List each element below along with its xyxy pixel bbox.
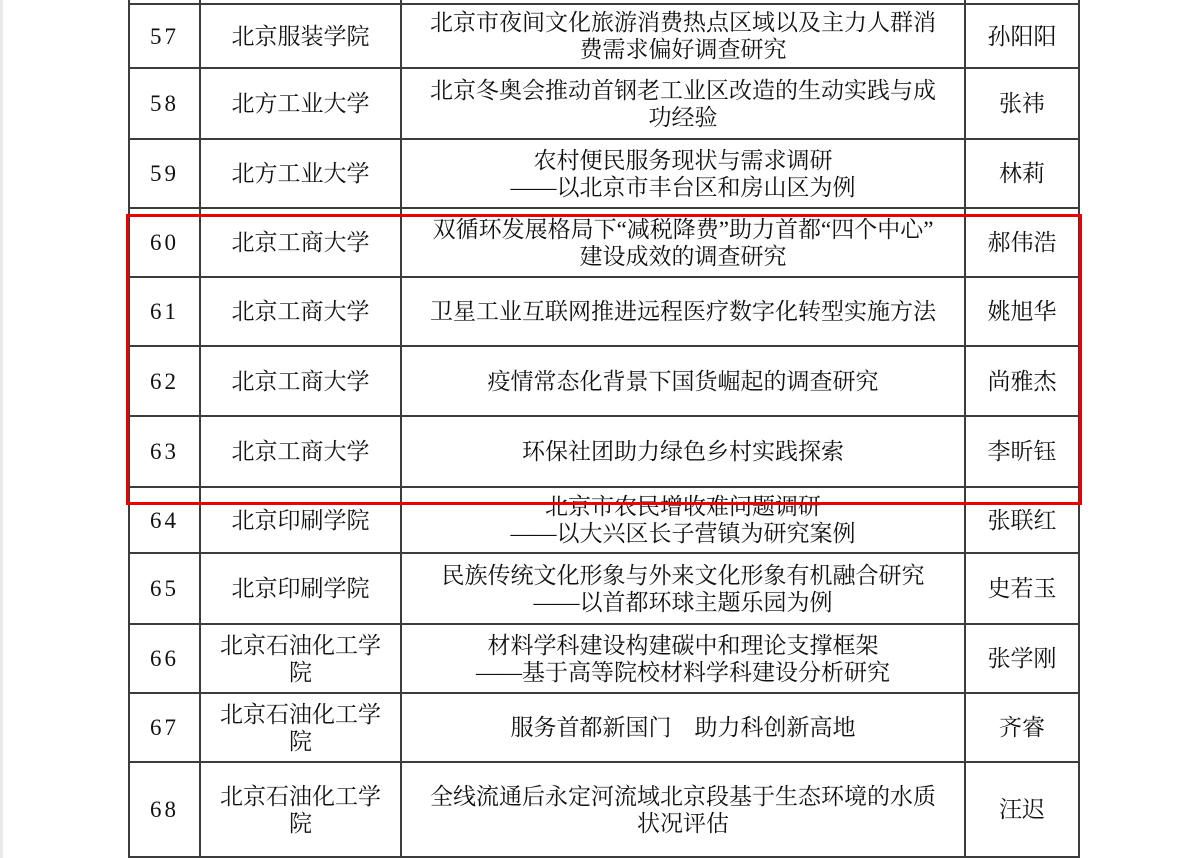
name-cell: 张学刚 [965,624,1079,693]
title-cell: 服务首都新国门 助力科创新高地 [401,693,965,762]
title-cell-line: 材料学科建设构建碳中和理论支撑框架 [402,632,964,659]
row-number-cell: 60 [129,208,200,277]
row-number-cell: 62 [129,346,200,416]
title-cell: 卫星工业互联网推进远程医疗数字化转型实施方法 [401,277,965,346]
title-cell-line: 全线流通后永定河流域北京段基于生态环境的水质 [402,783,964,810]
row-number-cell: 64 [129,487,200,553]
school-cell: 北京石油化工学院 [200,624,401,693]
name-cell-line: 姚旭华 [966,298,1078,325]
name-cell: 李昕钰 [965,416,1079,487]
school-cell: 北京服装学院 [200,4,401,68]
name-cell: 史若玉 [965,553,1079,624]
school-cell-line: 北京石油化工学 [201,701,400,728]
table-row: 67北京石油化工学院服务首都新国门 助力科创新高地齐睿 [129,693,1079,762]
name-cell-line: 郝伟浩 [966,229,1078,256]
row-number-cell-line: 57 [130,23,199,50]
name-cell: 张联红 [965,487,1079,553]
name-cell-line: 孙阳阳 [966,23,1078,50]
table-row: 60北京工商大学双循环发展格局下“减税降费”助力首都“四个中心”建设成效的调查研… [129,208,1079,277]
table-row: 68北京石油化工学院全线流通后永定河流域北京段基于生态环境的水质状况评估汪迟 [129,762,1079,857]
title-cell-line: 民族传统文化形象与外来文化形象有机融合研究 [402,562,964,589]
title-cell: 环保社团助力绿色乡村实践探索 [401,416,965,487]
row-number-cell-line: 61 [130,298,199,325]
name-cell-line: 李昕钰 [966,438,1078,465]
title-cell-line: 服务首都新国门 助力科创新高地 [402,714,964,741]
title-cell-line: 状况评估 [402,810,964,837]
row-number-cell-line: 59 [130,160,199,187]
name-cell: 张祎 [965,68,1079,139]
school-cell-line: 北京印刷学院 [201,507,400,534]
school-cell-line: 院 [201,659,400,686]
row-number-cell: 65 [129,553,200,624]
table-row: 61北京工商大学卫星工业互联网推进远程医疗数字化转型实施方法姚旭华 [129,277,1079,346]
name-cell: 姚旭华 [965,277,1079,346]
row-number-cell-line: 62 [130,368,199,395]
title-cell-line: ——基于高等院校材料学科建设分析研究 [402,659,964,686]
row-number-cell-line: 68 [130,796,199,823]
table-row: 63北京工商大学环保社团助力绿色乡村实践探索李昕钰 [129,416,1079,487]
title-cell-line: 双循环发展格局下“减税降费”助力首都“四个中心” [402,216,964,243]
title-cell: 北京市农民增收难问题调研——以大兴区长子营镇为研究案例 [401,487,965,553]
name-cell: 汪迟 [965,762,1079,857]
title-cell-line: 建设成效的调查研究 [402,243,964,270]
row-number-cell-line: 64 [130,507,199,534]
row-number-cell: 61 [129,277,200,346]
title-cell-line: 卫星工业互联网推进远程医疗数字化转型实施方法 [402,298,964,325]
school-cell: 北京印刷学院 [200,487,401,553]
title-cell-line: 北京市夜间文化旅游消费热点区域以及主力人群消 [402,9,964,36]
school-cell: 北京石油化工学院 [200,762,401,857]
school-cell-line: 北方工业大学 [201,90,400,117]
row-number-cell: 66 [129,624,200,693]
table-row: 65北京印刷学院民族传统文化形象与外来文化形象有机融合研究——以首都环球主题乐园… [129,553,1079,624]
school-cell-line: 院 [201,728,400,755]
title-cell: 全线流通后永定河流域北京段基于生态环境的水质状况评估 [401,762,965,857]
name-cell-line: 史若玉 [966,575,1078,602]
school-cell-line: 北方工业大学 [201,160,400,187]
name-cell-line: 张祎 [966,90,1078,117]
name-cell: 林莉 [965,139,1079,208]
table-row: 64北京印刷学院北京市农民增收难问题调研——以大兴区长子营镇为研究案例张联红 [129,487,1079,553]
row-number-cell-line: 67 [130,714,199,741]
row-number-cell-line: 63 [130,438,199,465]
school-cell: 北方工业大学 [200,68,401,139]
school-cell-line: 北京工商大学 [201,298,400,325]
school-cell-line: 北京服装学院 [201,23,400,50]
name-cell: 郝伟浩 [965,208,1079,277]
name-cell-line: 齐睿 [966,714,1078,741]
name-cell-line: 张联红 [966,507,1078,534]
title-cell-line: 费需求偏好调查研究 [402,36,964,63]
table-row: 57北京服装学院北京市夜间文化旅游消费热点区域以及主力人群消费需求偏好调查研究孙… [129,4,1079,68]
row-number-cell: 67 [129,693,200,762]
school-cell: 北京工商大学 [200,346,401,416]
title-cell: 材料学科建设构建碳中和理论支撑框架——基于高等院校材料学科建设分析研究 [401,624,965,693]
title-cell: 民族传统文化形象与外来文化形象有机融合研究——以首都环球主题乐园为例 [401,553,965,624]
school-cell: 北京工商大学 [200,416,401,487]
title-cell: 双循环发展格局下“减税降费”助力首都“四个中心”建设成效的调查研究 [401,208,965,277]
school-cell-line: 北京工商大学 [201,438,400,465]
name-cell-line: 林莉 [966,160,1078,187]
row-number-cell: 68 [129,762,200,857]
school-cell-line: 院 [201,810,400,837]
title-cell-line: 功经验 [402,104,964,131]
title-cell-line: ——以北京市丰台区和房山区为例 [402,174,964,201]
table-row: 58北方工业大学北京冬奥会推动首钢老工业区改造的生动实践与成功经验张祎 [129,68,1079,139]
school-cell: 北京石油化工学院 [200,693,401,762]
document-table: 57北京服装学院北京市夜间文化旅游消费热点区域以及主力人群消费需求偏好调查研究孙… [128,0,1080,858]
name-cell-line: 张学刚 [966,645,1078,672]
title-cell: 北京冬奥会推动首钢老工业区改造的生动实践与成功经验 [401,68,965,139]
name-cell-line: 尚雅杰 [966,368,1078,395]
row-number-cell-line: 58 [130,90,199,117]
table-row: 66北京石油化工学院材料学科建设构建碳中和理论支撑框架——基于高等院校材料学科建… [129,624,1079,693]
school-cell-line: 北京石油化工学 [201,783,400,810]
row-number-cell-line: 60 [130,229,199,256]
row-number-cell: 59 [129,139,200,208]
title-cell: 农村便民服务现状与需求调研——以北京市丰台区和房山区为例 [401,139,965,208]
school-cell-line: 北京工商大学 [201,229,400,256]
title-cell-line: ——以首都环球主题乐园为例 [402,589,964,616]
name-cell-line: 汪迟 [966,796,1078,823]
page-left-edge [0,0,3,858]
row-number-cell: 58 [129,68,200,139]
row-number-cell-line: 66 [130,645,199,672]
title-cell-line: ——以大兴区长子营镇为研究案例 [402,520,964,547]
title-cell-line: 疫情常态化背景下国货崛起的调查研究 [402,368,964,395]
row-number-cell: 57 [129,4,200,68]
school-cell-line: 北京石油化工学 [201,632,400,659]
title-cell: 疫情常态化背景下国货崛起的调查研究 [401,346,965,416]
document-page: 57北京服装学院北京市夜间文化旅游消费热点区域以及主力人群消费需求偏好调查研究孙… [0,0,1195,858]
name-cell: 孙阳阳 [965,4,1079,68]
school-cell-line: 北京工商大学 [201,368,400,395]
school-cell-line: 北京印刷学院 [201,575,400,602]
title-cell-line: 农村便民服务现状与需求调研 [402,147,964,174]
school-cell: 北京工商大学 [200,208,401,277]
school-cell: 北方工业大学 [200,139,401,208]
title-cell-line: 环保社团助力绿色乡村实践探索 [402,438,964,465]
row-number-cell-line: 65 [130,575,199,602]
title-cell: 北京市夜间文化旅游消费热点区域以及主力人群消费需求偏好调查研究 [401,4,965,68]
table-row: 59北方工业大学农村便民服务现状与需求调研——以北京市丰台区和房山区为例林莉 [129,139,1079,208]
school-cell: 北京工商大学 [200,277,401,346]
name-cell: 齐睿 [965,693,1079,762]
row-number-cell: 63 [129,416,200,487]
table-body: 57北京服装学院北京市夜间文化旅游消费热点区域以及主力人群消费需求偏好调查研究孙… [129,0,1079,857]
title-cell-line: 北京市农民增收难问题调研 [402,493,964,520]
title-cell-line: 北京冬奥会推动首钢老工业区改造的生动实践与成 [402,77,964,104]
school-cell: 北京印刷学院 [200,553,401,624]
table-row: 62北京工商大学疫情常态化背景下国货崛起的调查研究尚雅杰 [129,346,1079,416]
name-cell: 尚雅杰 [965,346,1079,416]
